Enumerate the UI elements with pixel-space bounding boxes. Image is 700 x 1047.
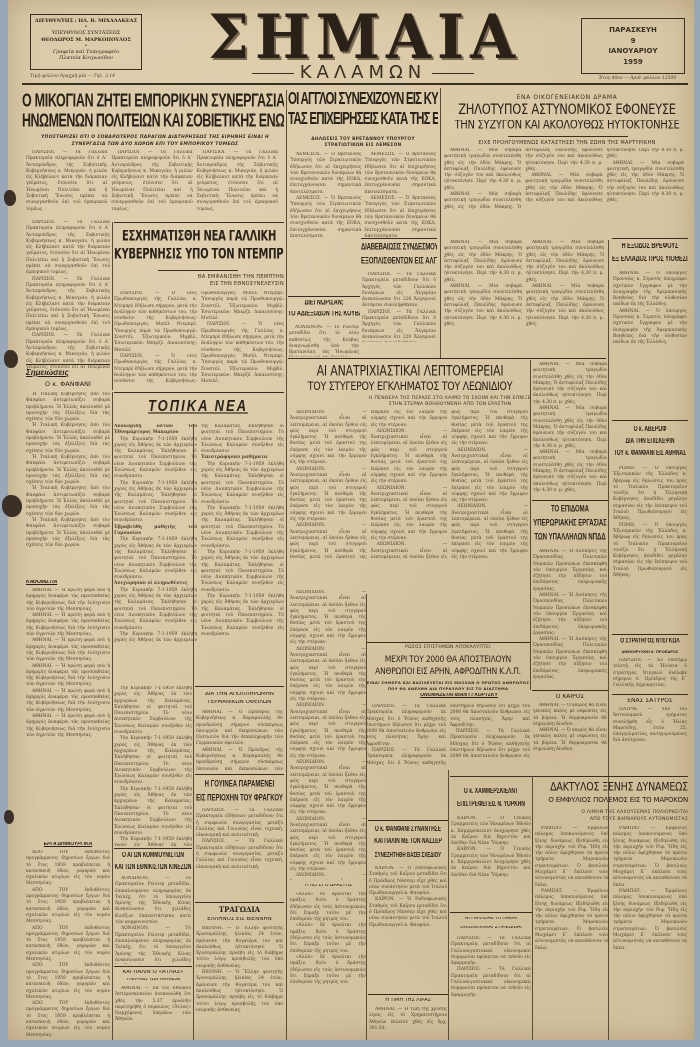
weather-body: ΑΘΗΝΑΙ. — Ὁ καιρὸς θὰ εἶναι γενικῶς καλὸ… bbox=[533, 703, 607, 775]
column-divider bbox=[530, 360, 531, 690]
notes-body: Ἡ Ἰταλικὴ Κυβέρνησις ἀπὸ τὸν Φανφάνι ἀντ… bbox=[26, 392, 110, 578]
newspaper-subtitle: ΚΑΛΑΜΩΝ bbox=[218, 62, 508, 83]
averoff-body: ΡΩΜΗ. — Ὁ ὑπουργὸς Ἐξωτερικῶν τῆς Ἑλλάδο… bbox=[613, 466, 687, 616]
tragedy-headline-1: ΤΡΑΓΩΔΙΑ bbox=[195, 906, 284, 913]
de-gaulle-headline-1: Ο ΣΤΡΑΤΗΓΟΣ ΝΤΕΓΚΩΛ bbox=[612, 638, 688, 646]
column-divider bbox=[286, 358, 287, 1040]
communists-headline-2: ΚΑΙ ΤΩΝ ΕΘΝΙΚΙΣΤΩΝ ΚΙΝΕΖΩΝ bbox=[114, 864, 192, 872]
divider bbox=[288, 358, 606, 359]
morocco-subhead-1: Ο ΛΙΜΗΝ ΤΗΣ ΑΛΧΟΥΣΕΜΑΣ ΠΟΛΙΟΡΚΕΙΤΑΙ bbox=[534, 810, 688, 815]
divider bbox=[368, 994, 448, 995]
atlas-headline-2: ΥΠΕΡΑΝΩ ΤΩΝ ΑΘΗΝΩΝ bbox=[114, 978, 192, 983]
column-divider bbox=[448, 770, 449, 1040]
nasser-body: ΚΑΪΡΟΝ. — Ὁ Ραδιοφωνικὸς Σταθμὸς τοῦ Καΐ… bbox=[369, 866, 447, 956]
atlas-headline-1: ΚΑΙ ΠΑΛΙΝ Ο «ΑΤΛΑΣ» bbox=[114, 970, 192, 976]
adoption-headline-1: Η ΕΞΟΔΟΣ ΒΡΕΦΟΥΣ bbox=[612, 243, 688, 252]
franco-egypt-headline-1: ΑΙ ΓΑΛΛΟΑΙΓΥΠΤΙΑΚΑΙ bbox=[450, 917, 532, 922]
policeman-body: ΑΘΗΝΑΙ. — Μία σοβαρὰ φοιτητικὴ τραγῳδία … bbox=[444, 148, 684, 238]
divider bbox=[114, 222, 284, 223]
masthead-credits-box: ΔΙΕΥΘΥΝΤΗΣ : ΗΛ. Β. ΜΙΧΑΛΑΚΕΑΣ • ΥΠΕΥΘΥΝ… bbox=[30, 14, 142, 70]
policeman-kicker: ΕΝΑ ΟΙΚΟΓΕΝΕΙΑΚΟΝ ΔΡΑΜΑ bbox=[444, 94, 690, 101]
policeman-headline-2: ΤΗΝ ΣΥΖΥΓΟΝ ΚΑΙ ΑΚΟΛΟΥΘΩΣ ΗΥΤΟΚΤΟΝΗΣΕ bbox=[444, 120, 690, 132]
weather-headline: Ο ΚΑΙΡΟΣ bbox=[532, 694, 608, 700]
guinea-headline-2: ΕΙΣ ΠΕΡΙΟΧΗΝ ΤΟΥ ΦΡΑΓΚΟΥ bbox=[195, 794, 284, 804]
de-gaulle-headline-2: ΑΝΕΚΗΡΥΧΘΗ Α΄ ΠΡΟΕΔΡΟΣ bbox=[612, 650, 688, 654]
satyr-headline: ΕΝΑΣ ΣΑΤΥΡΟΣ bbox=[612, 698, 688, 704]
leonidio-headline-2: ΤΟΥ ΣΤΥΓΕΡΟΥ ΕΓΚΛΗΜΑΤΟΣ ΤΟΥ ΛΕΩΝΙΔΙΟΥ bbox=[290, 381, 530, 393]
allowance-headline-3: ΤΩΝ ΥΠΑΛΛΗΛΩΝ ΝΠΔΔ bbox=[532, 533, 608, 543]
divider bbox=[195, 774, 284, 775]
price-footnote: Τιμὴ φύλλου δραχμὴ μία — Τηλ. 3.14 bbox=[30, 74, 115, 79]
cyprus-subhead: ΔΗΛΩΣΕΙΣ ΤΟΥ ΒΡΕΤΑΝΝΟΥ ΥΠΟΥΡΓΟΥ ΣΤΡΑΤΙΩΤ… bbox=[293, 137, 433, 149]
date-weekday: ΠΑΡΑΣΚΕΥΗ bbox=[582, 25, 684, 36]
column-divider bbox=[112, 392, 113, 1040]
morocco-headline-1: ΔΑΚΤΥΛΟΣ ΞΕΝΗΣ ΔΥΝΑΜΕΩΣ bbox=[450, 782, 688, 793]
cyprus-body: ΛΕΜΕΣΟΣ. — Ὁ Βρεταννὸς Ὑπουργὸς τῶν Στρα… bbox=[290, 152, 436, 252]
tragedy-body: ΒΙΕΝΝΗ. — Ὁ Ἕλλην φοιτητὴς Χρυσομάλλης, … bbox=[196, 926, 283, 1038]
averoff-headline-2: ΔΙΑ ΤΗΝ ΕΠΙΣΚΕΨΙΝ bbox=[612, 438, 688, 446]
divider bbox=[195, 686, 284, 687]
gold-price-headline: Η ΤΙΜΗ ΤΗΣ ΛΙΡΑΣ bbox=[368, 998, 448, 1003]
divider bbox=[114, 392, 284, 393]
averoff-headline-3: ΤΟΥ κ. ΦΑΝΦΑΝΙ ΕΙΣ ΑΘΗΝΑΣ bbox=[612, 450, 688, 458]
space-headline-2: ΑΝΘΡΩΠΟΙ ΕΙΣ ΑΡΗΝ, ΑΦΡΟΔΙΤΗΝ Κ.Λ.Π. bbox=[366, 667, 530, 676]
column-divider bbox=[532, 776, 533, 1040]
morocco-headline-2: Ο ΕΜΦΥΛΙΟΣ ΠΟΛΕΜΟΣ ΕΙΣ ΤΟ ΜΑΡΟΚΟΝ bbox=[450, 797, 688, 804]
column-divider bbox=[366, 594, 367, 1040]
divider bbox=[612, 694, 688, 695]
german-debts-headline-2: ΓΕΡΜΑΝΙΚΩΝ ΟΦΕΙΛΩΝ bbox=[195, 700, 284, 706]
divider bbox=[288, 296, 360, 297]
nasser-subhead: ΣΥΝΕΖΗΤΗΘΗ ΒΑΣΕΙ ΣΧΕΔΙΟΥ bbox=[368, 852, 448, 859]
allowance-headline-1: ΤΟ ΕΠΙΔΟΜΑ bbox=[532, 505, 608, 515]
atlas-body: ΑΘΗΝΑΙ. — Ἐκ τοῦ Ἐθνικοῦ Ἀστεροσκοπείου … bbox=[115, 986, 191, 1038]
space-body: ΠΑΡΙΣΙΟΙ. — Τὰ Γαλλικὰ Πρακτορεῖα πληροφ… bbox=[366, 704, 530, 770]
editor-name: ΘΕΟΔΩΡΟΣ Μ. ΜΑΡΚΟΠΟΥΛΟΣ bbox=[31, 37, 141, 43]
mikoyan-headline-2: ΗΝΩΜΕΝΩΝ ΠΟΛΙΤΕΙΩΝ ΚΑΙ ΣΟΒΙΕΤΙΚΗΣ ΕΝΩΣΕΩ… bbox=[22, 112, 284, 130]
criminal-body: «Ἀλλὰ» δὲ ἀρνεῖται τὴν πράξιν, διότι ὁ δ… bbox=[290, 892, 366, 1038]
cuba-body: ΛΟΝΔΙΝΟΝ. — Τὸ Ρώυτερ μεταδίδει ὅτι τὸ ν… bbox=[289, 325, 359, 357]
notes-section-title: Σημειώσεις bbox=[26, 369, 96, 377]
franco-egypt-body: ΠΑΡΙΣΙΟΙ. — Τὰ Γαλλικὰ Πρακτορεῖα μεταδί… bbox=[451, 936, 531, 1036]
guinea-body: ΠΑΡΙΣΙΟΙ. — Τὰ Γαλλικὰ Πρακτορεῖα εἰδήσε… bbox=[196, 808, 283, 900]
leonidio-body: ΛΕΩΝΙΔΙΟΝ. — Ἀνατριχιαστικαὶ εἶναι αἱ λε… bbox=[290, 410, 528, 590]
divider bbox=[532, 500, 608, 501]
date-month: ΙΑΝΟΥΑΡΙΟΥ bbox=[582, 46, 684, 57]
ink-blot bbox=[4, 810, 14, 824]
local-news-body-cont: Τὴν Κυριακὴν 7-1-1959 ἐκλήθη χορὸς εἰς Ἀ… bbox=[114, 686, 192, 846]
divider bbox=[450, 912, 532, 913]
masthead-rule bbox=[22, 83, 688, 85]
space-subhead: ΕΙΝΑΙ ΣΗΜΕΡΑ ΚΑΙ ΒΑΣΙΛΕΥΕΤΑΙ ΕΙΣ ΜΟΣΧΑΝ … bbox=[366, 680, 530, 691]
communists-headline-1: Ο ΑΓΩΝ ΚΟΜΜΟΥΝΙΣΤΩΝ bbox=[114, 852, 192, 860]
cuba-headline-2: ΤΟ ΑΔΙΕΞΟΔΟΝ ΤΗΣ ΚΟΥΒΑΣ bbox=[288, 311, 360, 319]
algeria-body: ΠΑΡΙΣΙΟΙ. — Τὰ Γαλλικὰ Πρακτορεῖα μεταδί… bbox=[362, 272, 436, 342]
notes-headline: Ο κ. ΦΑΝΦΑΝΙ bbox=[26, 381, 110, 388]
franco-egypt-headline-2: ΟΙΚΟΝΟΜΙΚΑΙ ΣΥΜΦΩΝΙΑΙ bbox=[450, 926, 532, 931]
divider bbox=[368, 820, 448, 821]
mikoyan-subhead: ΥΠΟΣΤΗΡΙΖΕΙ ΟΤΙ Ο ΣΟΒΑΡΩΤΕΡΟΣ ΠΑΡΑΓΩΝ ΔΙ… bbox=[30, 134, 280, 148]
guinea-headline-1: Η ΓΟΥΙΝΕΑ ΠΑΡΑΜΕΝΕΙ bbox=[195, 780, 284, 790]
policeman-subhead: ΕΙΧΕ ΠΡΟΗΓΟΥΜΕΝΩΣ ΚΑΤΑΣΤΗΣΕΙ ΤΗΝ ΖΩΗΝ ΤΗ… bbox=[444, 140, 690, 146]
de-gaulle-body: ΠΑΡΙΣΙΟΙ. — Ἐν ἐπισήμῳ τελετῇ εἰς τὰ Ἠλύ… bbox=[613, 658, 687, 690]
divider bbox=[195, 902, 284, 903]
public-works-headline: ΕΡΓΑ ΔΗΜΙΟΥΡΓΙΚΑ bbox=[26, 842, 110, 847]
space-kicker: ΡΩΣΟΣ ΕΠΙΣΤΗΜΩΝ ΑΠΟΚΑΛΥΠΤΕΙ bbox=[366, 645, 530, 650]
mikoyan-headline-1: Ο ΜΙΚΟΓΙΑΝ ΖΗΤΕΙ ΕΜΠΟΡΙΚΗΝ ΣΥΝΕΡΓΑΣΙΑΝ bbox=[22, 92, 284, 110]
nasser-headline-2: ΚΑΙ ΠΑΛΙΝ ΜΕ ΤΟΝ ΝΑΣΣΕΡ bbox=[368, 838, 448, 846]
german-debts-headline-1: ΔΙΑ ΤΗΝ ΑΠΟΠΛΗΡΩΜΗΝ bbox=[195, 692, 284, 698]
algeria-headline-2: ΕΞΟΠΛΙΣΘΕΝΤΩΝ ΕΙΣ ΑΛΓΕΡΙΑΝ bbox=[361, 257, 437, 267]
cadastre-headline: ΚΑΘΟΜΙΣΤΙΑ bbox=[26, 580, 110, 585]
local-news-title: ΤΟΠΙΚΑ ΝΕΑ bbox=[138, 398, 258, 414]
adoption-body: ΑΘΗΝΑΙ. — Ὁ ὑπουργὸς Προνοίας κ. Στρατὸς… bbox=[613, 271, 687, 371]
date-box: ΠΑΡΑΣΚΕΥΗ 9 ΙΑΝΟΥΑΡΙΟΥ 1959 bbox=[581, 18, 685, 74]
divider bbox=[612, 420, 688, 421]
hammarskjold-body: ΚΑΪΡΟΝ. — Ὁ Γενικὸς Γραμματεὺς τῶν Ἡνωμέ… bbox=[451, 816, 531, 900]
mikoyan-body: ΠΑΡΙΣΙΟΙ. — Τὰ Γαλλικὰ Πρακτορεῖα πληροφ… bbox=[26, 150, 278, 220]
divider bbox=[612, 634, 688, 635]
divider bbox=[366, 642, 530, 643]
cuba-headline-1: ΔΙΕΓΝΩΡΙΣΑΝ; bbox=[288, 300, 360, 308]
french-gov-subhead-1: ΘΑ ΕΜΦΑΝΙΣΘΗ ΤΗΝ ΠΕΜΠΤΗΝ bbox=[158, 274, 284, 280]
allowance-body: ΑΘΗΝΑΙ. — Ἡ Διοίκησις τῆς Ὁμοσπονδίας Πο… bbox=[533, 549, 607, 687]
satyr-body: ΠΑΤΡΑΙ. — Ὑπὸ τοῦ Ἀστυνομικοῦ τμήματος σ… bbox=[613, 707, 687, 775]
morocco-subhead-2: ΑΠΟ ΤΟΥΣ ΒΑΡΒΑΡΟΥΣ ΑΥΤΟΝΟΜΙΣΤΑΣ bbox=[534, 817, 688, 822]
french-gov-headline-1: ΕΣΧΗΜΑΤΙΣΘΗ ΝΕΑ ΓΑΛΛΙΚΗ bbox=[114, 230, 284, 245]
french-gov-headline-2: ΚΥΒΕΡΝΗΣΙΣ ΥΠΟ ΤΟΝ ΝΤΕΜΠΡΕ bbox=[114, 248, 284, 263]
criminal-headline: ΤΙ ΛΕΓΕΙ Ο ΔΡΑΣΤΗΣ bbox=[290, 884, 366, 889]
allowance-headline-2: ΥΠΕΡΩΡΙΑΚΗΣ ΕΡΓΑΣΙΑΣ bbox=[532, 519, 608, 529]
divider bbox=[26, 364, 110, 365]
date-day: 9 bbox=[582, 36, 684, 47]
column-divider bbox=[112, 222, 113, 390]
divider bbox=[508, 136, 628, 137]
space-headline-1: ΜΕΧΡΙ ΤΟΥ 2000 ΘΑ ΑΠΟΣΤΕΙΛΟΥΝ bbox=[366, 655, 530, 664]
algeria-headline-1: ΔΙΑΒΕΒΑΙΩΣΙΣ ΣΥΝΔΕΣΜΟΥ ΑΝΤΑΡΤΩΝ bbox=[361, 243, 437, 253]
divider bbox=[158, 270, 238, 271]
ink-blot bbox=[2, 495, 22, 517]
column-divider bbox=[440, 88, 441, 358]
column-divider bbox=[286, 90, 287, 360]
column-divider bbox=[193, 424, 194, 1040]
averoff-headline-1: Ο κ. ΑΒΕΡΩΦ bbox=[612, 426, 688, 434]
mikoyan-body-cont: ΠΑΡΙΣΙΟΙ. — Τὰ Γαλλικὰ Πρακτορεῖα πληροφ… bbox=[26, 220, 110, 370]
date-year: 1959 bbox=[582, 57, 684, 68]
divider bbox=[450, 776, 688, 777]
local-news-body: Ἀνακομιδὴ ὀστῶν τοῦ Ἐθνομάρτυρος Μακαρίο… bbox=[114, 424, 284, 684]
issue-footnote: Ἔτος 40ον — Ἀριθ. φύλλου 12590 bbox=[598, 76, 676, 81]
ink-blot bbox=[4, 190, 16, 206]
morocco-body: ΡΑΜΠΑΤ. — Ἐμφύλιος πόλεμος ὑποκινούμενος… bbox=[535, 826, 687, 1038]
policeman-body-cont: ΑΘΗΝΑΙ. — Μία σοβαρὰ φοιτητικὴ τραγῳδία … bbox=[444, 240, 604, 360]
leonidio-headline-1: ΑΙ ΑΝΑΤΡΙΧΙΑΣΤΙΚΑΙ ΛΕΠΤΟΜΕΡΕΙΑΙ bbox=[290, 364, 530, 378]
german-debts-body: ΑΘΗΝΑΙ. — Ὁ Πρόεδρος τῆς Κυβερνήσεως κ. … bbox=[196, 710, 283, 770]
french-gov-subhead-2: ΕΙΣ ΤΗΝ ΕΘΝΟΣΥΝΕΛΕΥΣΙΝ bbox=[158, 281, 284, 287]
office-line-2: Πλατεία Κοτρωνίδου bbox=[31, 55, 141, 61]
leonidio-body-cont: ΛΕΩΝΙΔΙΟΝ. — Ἀνατριχιαστικαὶ εἶναι αἱ λε… bbox=[290, 590, 366, 880]
cyprus-headline-2: ΤΑΣ ΕΠΙΧΕΙΡΗΣΕΙΣ ΚΑΤΑ ΤΗΣ ΕΟΚΑ bbox=[288, 112, 438, 129]
communists-body: ΛΟΝΔΙΝΟΝ. — Τὸ Πρακτορεῖον Ρώυτερ μεταδί… bbox=[115, 876, 191, 964]
public-works-body: ΑΠΟ ΤΟΥ ἐκδοθέντος προγράμματος δημοσίων… bbox=[26, 850, 110, 1038]
ink-blot bbox=[4, 350, 18, 368]
divider bbox=[114, 966, 192, 967]
newspaper-title: ΣΗΜΑΙΑ bbox=[208, 4, 518, 69]
policeman-body-end: ΑΘΗΝΑΙ. — Μία σοβαρὰ φοιτητικὴ τραγῳδία … bbox=[533, 362, 607, 498]
divider bbox=[114, 848, 192, 849]
gold-price-body: ΑΘΗΝΑΙ. — Ἡ τιμὴ τῆς χρυσῆς λίρας εἰς τὸ… bbox=[369, 1007, 447, 1037]
tragedy-headline-2: ΕΛΛΗΝΟΣ ΕΙΣ ΒΙΕΝΝΗΝ bbox=[195, 917, 284, 923]
divider bbox=[612, 238, 688, 239]
space-name-line: ΟΝΟΜΑΖΕΤΑΙ ΙΒΑΝ ΓΓΚΟΡΤΣΚΥ bbox=[388, 693, 530, 698]
french-gov-body: ΠΑΡΙΣΙΟΙ. — Ὁ νέος Πρωθυπουργὸς τῆς Γαλλ… bbox=[114, 291, 284, 389]
adoption-headline-2: ΕΞ ΕΛΛΑΔΟΣ ΠΡΟΣ ΥΙΟΘΕΣΙΑΝ bbox=[612, 256, 688, 265]
divider bbox=[361, 238, 437, 239]
leonidio-subhead: Η ΠΕΝΘΕΡΑ ΤΗΣ ΠΕΡΑΣΕ ΣΤΟ ΛΑΙΜΟ ΤΟ ΣΧΟΙΝΙ… bbox=[368, 396, 532, 408]
newspaper-page: ΔΙΕΥΘΥΝΤΗΣ : ΗΛ. Β. ΜΙΧΑΛΑΚΕΑΣ • ΥΠΕΥΘΥΝ… bbox=[8, 0, 694, 1040]
cadastre-body: ΑΘΗΝΑΙ. — Ἡ πρώτη φορὰ ποὺ ἡ ἐφημερὶς ἀν… bbox=[26, 588, 110, 788]
policeman-headline-1: ΖΗΛΟΤΥΠΟΣ ΑΣΤΥΝΟΜΙΚΟΣ ΕΦΟΝΕΥΣΕ bbox=[444, 103, 690, 117]
divider bbox=[532, 690, 608, 691]
cyprus-headline-1: ΟΙ ΑΓΓΛΟΙ ΣΥΝΕΧΙΖΟΥΝ ΕΙΣ ΚΥΠΡΟΝ bbox=[288, 92, 438, 109]
nasser-headline-1: Ο κ. ΦΑΝΦΑΝΙ ΣΥΝΑΝΤΗΣΕ bbox=[368, 826, 448, 834]
